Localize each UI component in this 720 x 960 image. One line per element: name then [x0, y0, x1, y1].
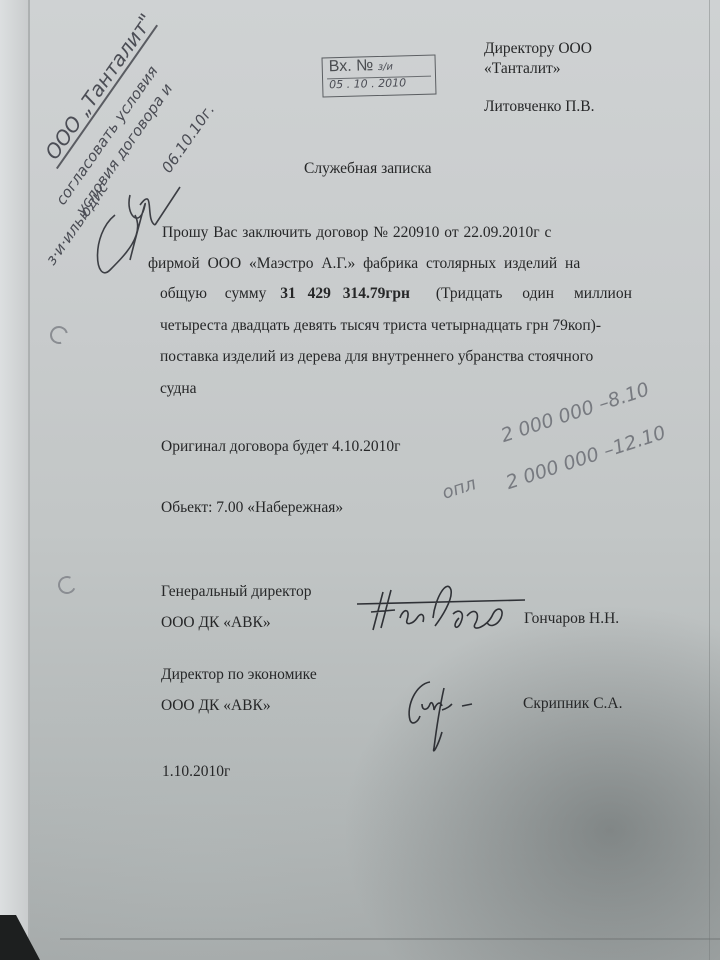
page-bottom-edge [60, 938, 720, 940]
addressee-line1: Директору ООО [484, 40, 592, 58]
resolution-date: 06.10.10г. [158, 101, 218, 176]
signatory2-title: Директор по экономике [161, 666, 317, 684]
contract-amount: 31 429 314.79грн [280, 285, 410, 302]
signatory1-name: Гончаров Н.Н. [524, 610, 619, 628]
signatory1-title: Генеральный директор [161, 583, 312, 601]
payments-prefix: опл [440, 473, 479, 504]
addressee-name: Литовченко П.В. [484, 98, 594, 116]
document-date: 1.10.2010г [162, 763, 230, 781]
body-line3-suffix: (Тридцать один миллион [436, 285, 632, 302]
body-line3-prefix: общую сумму [160, 285, 266, 302]
signatory2-name: Скрипник С.А. [523, 695, 623, 713]
stamp-label: Вх. № з/и [329, 57, 394, 77]
stamp-date: 05 . 10 . 2010 [329, 76, 406, 91]
body-line4: четыреста двадцать девять тысяч триста ч… [160, 317, 601, 335]
body-line1: Прошу Вас заключить договор № 220910 от … [162, 224, 551, 242]
object-note: Обьект: 7.00 «Набережная» [161, 499, 343, 517]
addressee-line2: «Танталит» [484, 60, 561, 78]
original-note: Оригинал договора будет 4.10.2010г [161, 438, 400, 456]
document-title: Служебная записка [304, 160, 432, 178]
signatory1-org: ООО ДК «АВК» [161, 614, 271, 632]
page-right-edge [709, 0, 710, 960]
incoming-stamp: Вх. № з/и 05 . 10 . 2010 [321, 55, 436, 98]
punch-hole-icon [55, 573, 78, 596]
body-line6: судна [160, 380, 197, 398]
document-photo: Директору ООО «Танталит» Литовченко П.В.… [0, 0, 720, 960]
punch-hole-icon [47, 323, 72, 348]
signatory2-signature [400, 676, 490, 766]
underlying-page-edge [0, 0, 30, 960]
body-line3: общую сумму 31 429 314.79грн (Тридцать о… [160, 285, 632, 303]
body-line2: фирмой ООО «Маэстро А.Г.» фабрика столяр… [148, 255, 580, 273]
signatory1-signature [355, 578, 535, 638]
body-line5: поставка изделий из дерева для внутренне… [160, 348, 593, 366]
signatory2-org: ООО ДК «АВК» [161, 697, 271, 715]
